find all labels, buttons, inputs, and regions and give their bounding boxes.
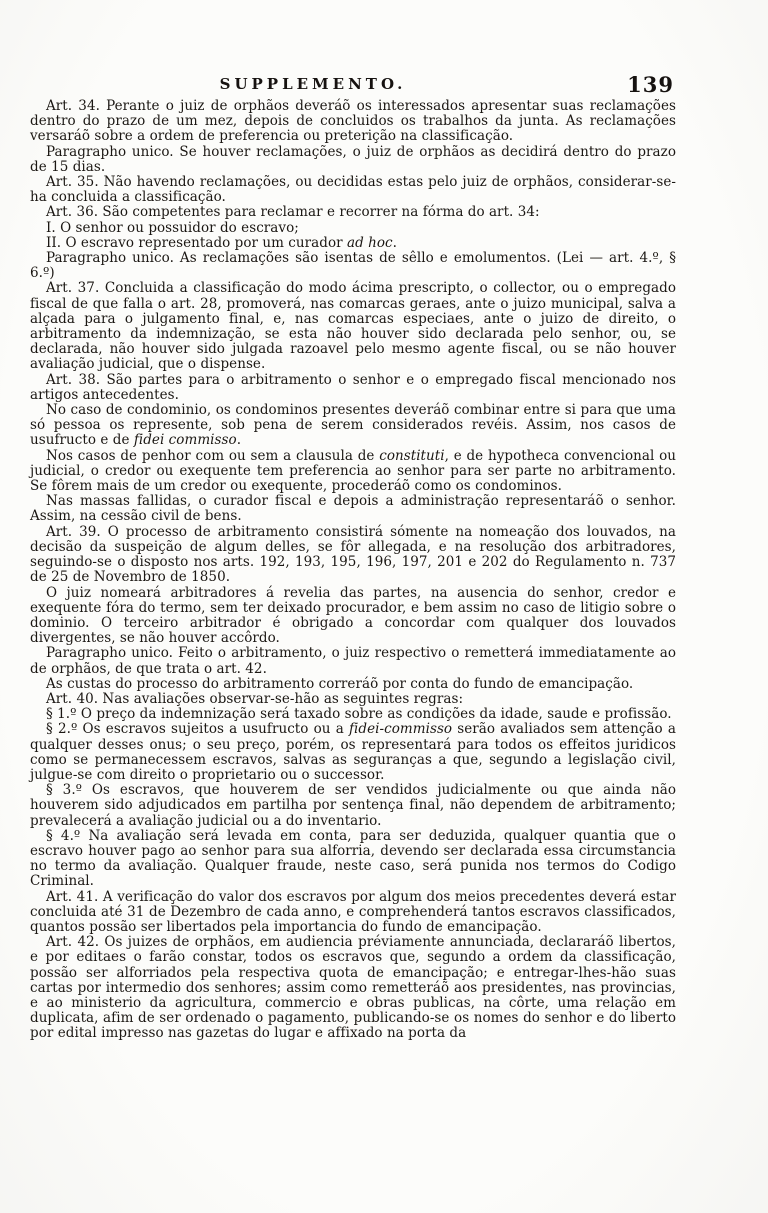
- scanned-document-page: SUPPLEMENTO. 139 Art. 34. Perante o juiz…: [0, 0, 768, 1213]
- text-run: No caso de condominio, os condominos pre…: [30, 402, 676, 448]
- art-38-massas-fallidas: Nas massas fallidas, o curador fiscal e …: [30, 494, 676, 524]
- text-run: Paragrapho unico. As reclamações são ise…: [30, 250, 676, 281]
- art-36-paragrapho-unico: Paragrapho unico. As reclamações são ise…: [30, 251, 676, 281]
- text-run: Nos casos de penhor com ou sem a clausul…: [46, 448, 379, 464]
- text-run: Art. 37. Concluida a classificação do mo…: [30, 280, 676, 372]
- art-36-item-1: I. O senhor ou possuidor do escravo;: [30, 221, 676, 236]
- art-39-revelia: O juiz nomeará arbitradores á revelia da…: [30, 586, 676, 647]
- text-run: Art. 42. Os juizes de orphãos, em audien…: [30, 934, 676, 1041]
- text-run: Art. 41. A verificação do valor dos escr…: [30, 889, 676, 935]
- document-body: Art. 34. Perante o juiz de orphãos dever…: [30, 99, 676, 1042]
- text-run: § 4.º Na avaliação será levada em conta,…: [30, 828, 676, 890]
- text-run: § 2.º Os escravos sujeitos a usufructo o…: [46, 721, 349, 737]
- art-40-par-2: § 2.º Os escravos sujeitos a usufructo o…: [30, 722, 676, 783]
- page-header-title: SUPPLEMENTO.: [30, 75, 596, 93]
- art-38-condominio: No caso de condominio, os condominos pre…: [30, 403, 676, 449]
- text-run: Paragrapho unico. Feito o arbitramento, …: [30, 645, 676, 676]
- text-run: O juiz nomeará arbitradores á revelia da…: [30, 585, 676, 647]
- italic-text-run: fidei-commisso: [349, 721, 452, 737]
- text-run: Art. 39. O processo de arbitramento cons…: [30, 524, 676, 586]
- text-run: Art. 40. Nas avaliações observar-se-hão …: [46, 691, 463, 707]
- art-40: Art. 40. Nas avaliações observar-se-hão …: [30, 692, 676, 707]
- art-35: Art. 35. Não havendo reclamações, ou dec…: [30, 175, 676, 205]
- running-head: SUPPLEMENTO. 139: [30, 72, 676, 96]
- text-run: II. O escravo representado por um curado…: [46, 235, 347, 251]
- art-38-penhor: Nos casos de penhor com ou sem a clausul…: [30, 449, 676, 495]
- text-run: Art. 35. Não havendo reclamações, ou dec…: [30, 174, 676, 205]
- text-run: Art. 38. São partes para o arbitramento …: [30, 372, 676, 403]
- art-36: Art. 36. São competentes para reclamar e…: [30, 205, 676, 220]
- text-run: § 3.º Os escravos, que houverem de ser v…: [30, 782, 676, 828]
- art-40-par-3: § 3.º Os escravos, que houverem de ser v…: [30, 783, 676, 829]
- art-34-paragrapho-unico: Paragrapho unico. Se houver reclamações,…: [30, 145, 676, 175]
- art-37: Art. 37. Concluida a classificação do mo…: [30, 281, 676, 372]
- art-34: Art. 34. Perante o juiz de orphãos dever…: [30, 99, 676, 145]
- text-run: Art. 34. Perante o juiz de orphãos dever…: [30, 98, 676, 144]
- text-run: .: [393, 235, 397, 251]
- art-39-custas: As custas do processo do arbitramento co…: [30, 677, 676, 692]
- text-run: I. O senhor ou possuidor do escravo;: [46, 220, 299, 236]
- italic-text-run: fidei commisso: [134, 432, 237, 448]
- text-run: As custas do processo do arbitramento co…: [46, 676, 633, 692]
- art-42: Art. 42. Os juizes de orphãos, em audien…: [30, 935, 676, 1041]
- italic-text-run: constituti: [379, 448, 444, 464]
- text-run: Art. 36. São competentes para reclamar e…: [46, 204, 540, 220]
- art-39: Art. 39. O processo de arbitramento cons…: [30, 525, 676, 586]
- page-number: 139: [627, 72, 674, 97]
- text-run: Nas massas fallidas, o curador fiscal e …: [30, 493, 676, 524]
- text-run: .: [237, 432, 241, 448]
- art-40-par-4: § 4.º Na avaliação será levada em conta,…: [30, 829, 676, 890]
- art-38: Art. 38. São partes para o arbitramento …: [30, 373, 676, 403]
- text-run: § 1.º O preço da indemnização será taxad…: [46, 706, 672, 722]
- text-run: Paragrapho unico. Se houver reclamações,…: [30, 144, 676, 175]
- art-41: Art. 41. A verificação do valor dos escr…: [30, 890, 676, 936]
- art-40-par-1: § 1.º O preço da indemnização será taxad…: [30, 707, 676, 722]
- art-36-item-2: II. O escravo representado por um curado…: [30, 236, 676, 251]
- italic-text-run: ad hoc: [347, 235, 393, 251]
- art-39-paragrapho-unico: Paragrapho unico. Feito o arbitramento, …: [30, 646, 676, 676]
